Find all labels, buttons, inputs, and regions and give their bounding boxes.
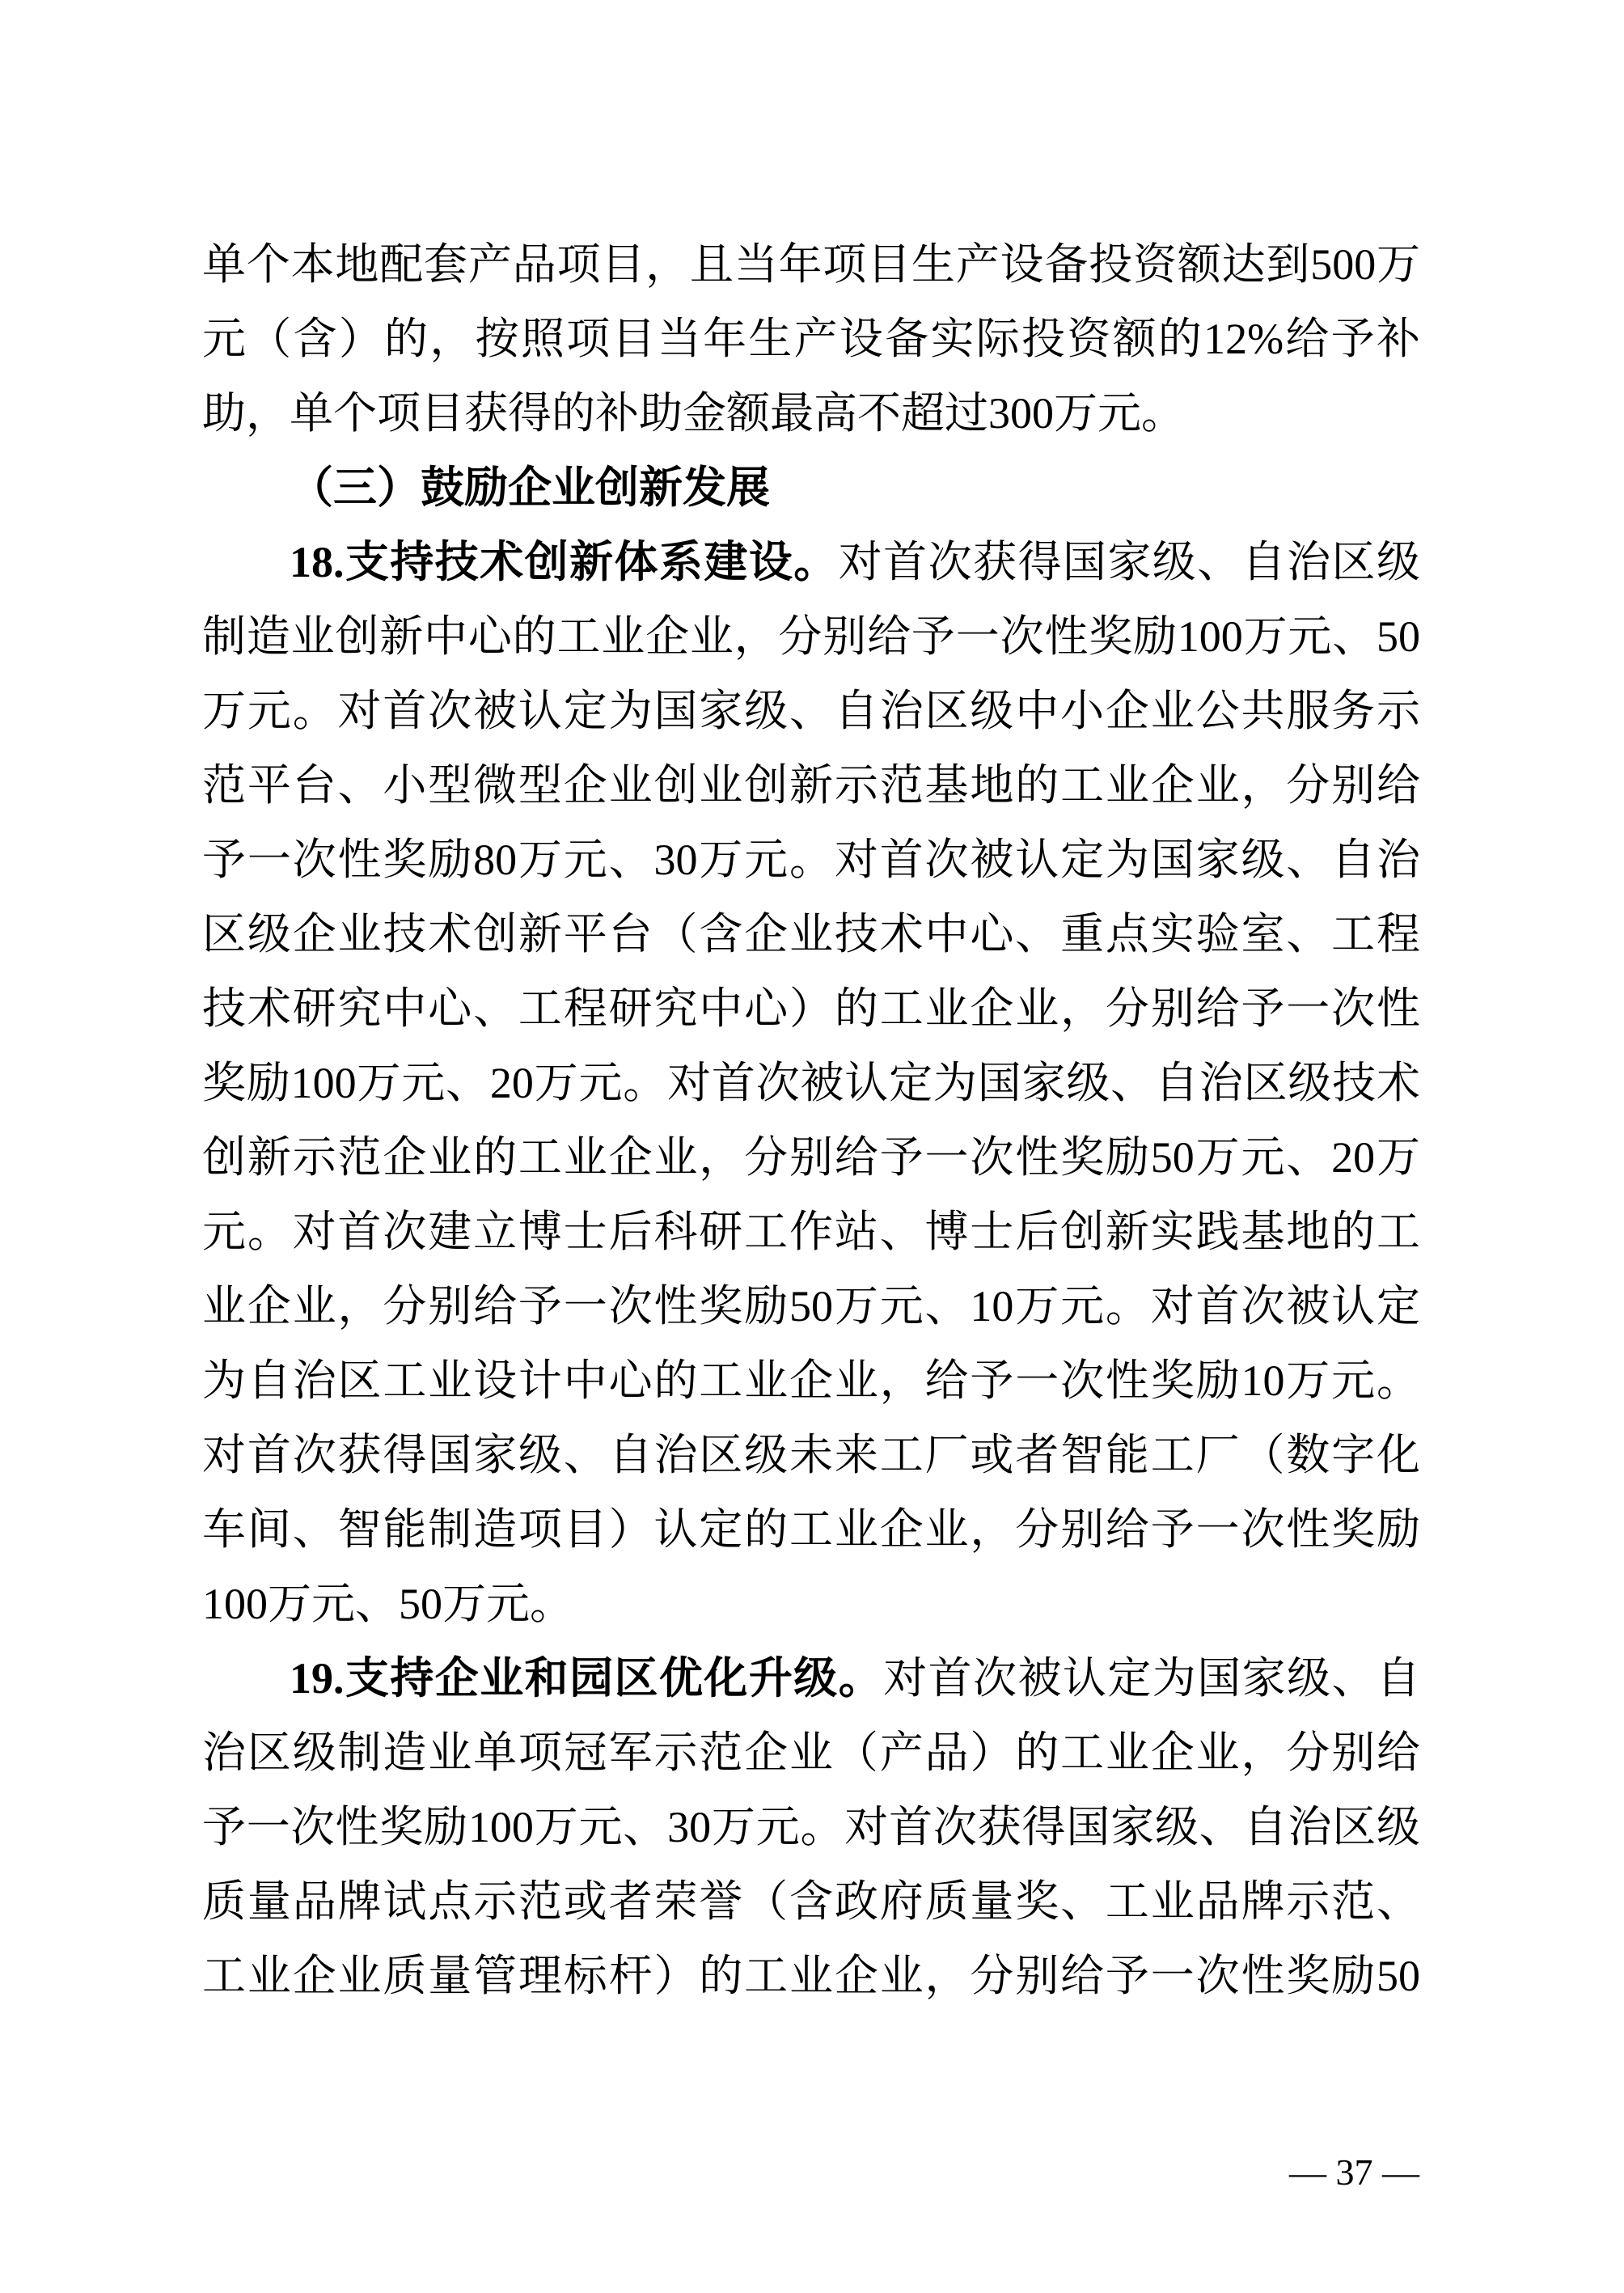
text-run: 业企业，分别给予一次性奖励50万元、10万元。对首次被认定 [202, 1282, 1420, 1331]
document-body: 单个本地配套产品项目，且当年项目生产设备投资额达到500万元（含）的，按照项目当… [202, 227, 1420, 2013]
page-number: — 37 — [1289, 2151, 1419, 2194]
text-line: 技术研究中心、工程研究中心）的工业企业，分别给予一次性 [202, 971, 1420, 1046]
text-line: 治区级制造业单项冠军示范企业（产品）的工业企业，分别给 [202, 1716, 1420, 1790]
text-line: 18.支持技术创新体系建设。对首次获得国家级、自治区级 [202, 525, 1420, 599]
text-run: 对首次获得国家级、自治区级 [839, 538, 1420, 586]
text-run: 范平台、小型微型企业创业创新示范基地的工业企业，分别给 [202, 761, 1420, 810]
text-run: 区级企业技术创新平台（含企业技术中心、重点实验室、工程 [202, 910, 1420, 958]
text-run: 予一次性奖励80万元、30万元。对首次被认定为国家级、自治 [202, 836, 1420, 884]
text-line: （三）鼓励企业创新发展 [202, 451, 1420, 525]
text-line: 制造业创新中心的工业企业，分别给予一次性奖励100万元、50 [202, 599, 1420, 674]
text-run: 万元。对首次被认定为国家级、自治区级中小企业公共服务示 [202, 687, 1420, 735]
text-run: 予一次性奖励100万元、30万元。对首次获得国家级、自治区级 [202, 1803, 1420, 1851]
text-line: 予一次性奖励80万元、30万元。对首次被认定为国家级、自治 [202, 823, 1420, 897]
text-line: 元。对首次建立博士后科研工作站、博士后创新实践基地的工 [202, 1195, 1420, 1269]
text-run: 元（含）的，按照项目当年生产设备实际投资额的12%给予补 [202, 315, 1420, 363]
text-line: 质量品牌试点示范或者荣誉（含政府质量奖、工业品牌示范、 [202, 1864, 1420, 1939]
text-line: 业企业，分别给予一次性奖励50万元、10万元。对首次被认定 [202, 1269, 1420, 1343]
bold-text-run: （三）鼓励企业创新发展 [290, 463, 770, 512]
bold-text-run: 19.支持企业和园区优化升级。 [290, 1654, 883, 1703]
text-line: 创新示范企业的工业企业，分别给予一次性奖励50万元、20万 [202, 1120, 1420, 1195]
text-line: 100万元、50万元。 [202, 1567, 1420, 1641]
text-run: 工业企业质量管理标杆）的工业企业，分别给予一次性奖励50 [202, 1952, 1420, 2000]
text-line: 万元。对首次被认定为国家级、自治区级中小企业公共服务示 [202, 674, 1420, 748]
text-line: 工业企业质量管理标杆）的工业企业，分别给予一次性奖励50 [202, 1939, 1420, 2013]
text-line: 车间、智能制造项目）认定的工业企业，分别给予一次性奖励 [202, 1492, 1420, 1567]
text-run: 对首次被认定为国家级、自 [883, 1654, 1420, 1703]
text-line: 区级企业技术创新平台（含企业技术中心、重点实验室、工程 [202, 897, 1420, 971]
text-line: 对首次获得国家级、自治区级未来工厂或者智能工厂（数字化 [202, 1418, 1420, 1492]
text-run: 对首次获得国家级、自治区级未来工厂或者智能工厂（数字化 [202, 1431, 1420, 1479]
text-run: 助，单个项目获得的补助金额最高不超过300万元。 [202, 389, 1185, 438]
document-page: 单个本地配套产品项目，且当年项目生产设备投资额达到500万元（含）的，按照项目当… [0, 0, 1624, 2293]
text-run: 质量品牌试点示范或者荣誉（含政府质量奖、工业品牌示范、 [202, 1877, 1420, 1926]
text-run: 车间、智能制造项目）认定的工业企业，分别给予一次性奖励 [202, 1505, 1420, 1554]
text-run: 100万元、50万元。 [202, 1580, 573, 1628]
text-line: 奖励100万元、20万元。对首次被认定为国家级、自治区级技术 [202, 1046, 1420, 1120]
text-line: 予一次性奖励100万元、30万元。对首次获得国家级、自治区级 [202, 1790, 1420, 1864]
text-line: 助，单个项目获得的补助金额最高不超过300万元。 [202, 376, 1420, 451]
text-run: 单个本地配套产品项目，且当年项目生产设备投资额达到500万 [202, 240, 1420, 289]
text-line: 为自治区工业设计中心的工业企业，给予一次性奖励10万元。 [202, 1343, 1420, 1418]
text-run: 技术研究中心、工程研究中心）的工业企业，分别给予一次性 [202, 984, 1420, 1033]
text-line: 单个本地配套产品项目，且当年项目生产设备投资额达到500万 [202, 227, 1420, 302]
text-run: 为自治区工业设计中心的工业企业，给予一次性奖励10万元。 [202, 1356, 1420, 1405]
text-line: 元（含）的，按照项目当年生产设备实际投资额的12%给予补 [202, 302, 1420, 376]
text-line: 范平台、小型微型企业创业创新示范基地的工业企业，分别给 [202, 748, 1420, 823]
bold-text-run: 18.支持技术创新体系建设。 [290, 538, 839, 586]
text-run: 创新示范企业的工业企业，分别给予一次性奖励50万元、20万 [202, 1133, 1420, 1182]
text-run: 治区级制造业单项冠军示范企业（产品）的工业企业，分别给 [202, 1728, 1420, 1777]
text-run: 奖励100万元、20万元。对首次被认定为国家级、自治区级技术 [202, 1059, 1420, 1107]
text-line: 19.支持企业和园区优化升级。对首次被认定为国家级、自 [202, 1641, 1420, 1716]
text-run: 元。对首次建立博士后科研工作站、博士后创新实践基地的工 [202, 1208, 1420, 1256]
text-run: 制造业创新中心的工业企业，分别给予一次性奖励100万元、50 [202, 612, 1420, 661]
